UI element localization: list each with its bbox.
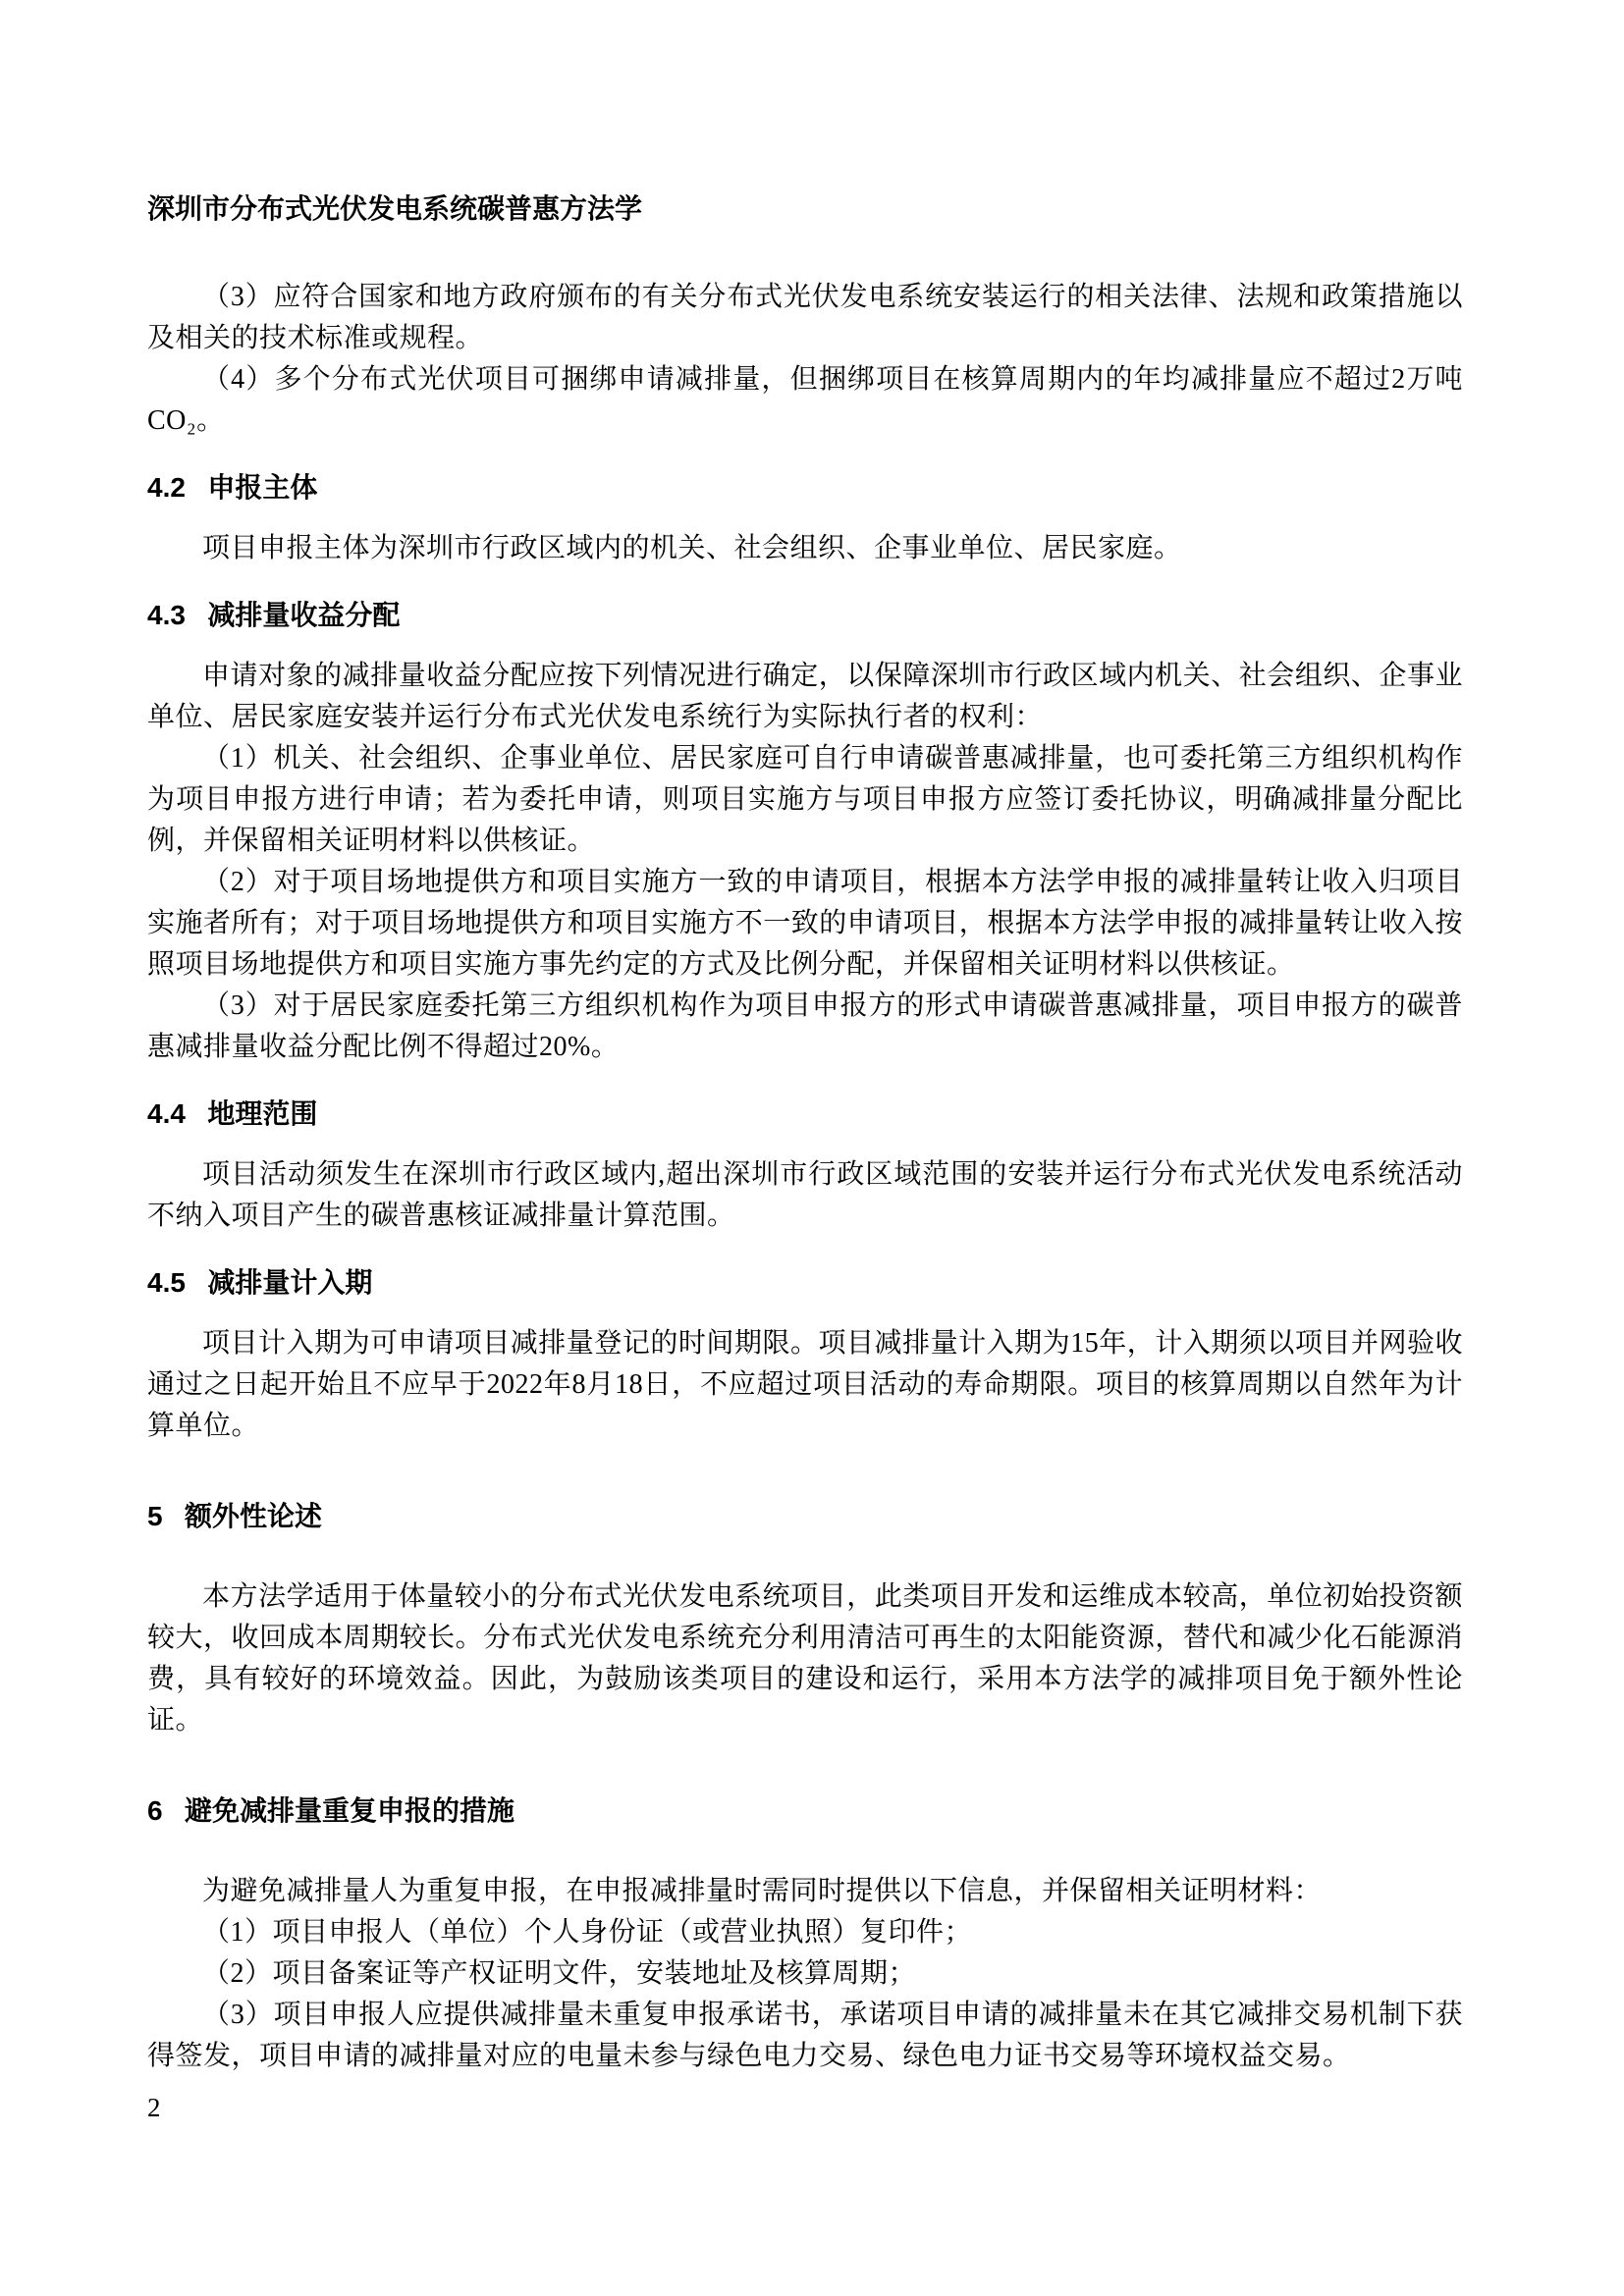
paragraph-crediting-period: 项目计入期为可申请项目减排量登记的时间期限。项目减排量计入期为15年，计入期须以… xyxy=(147,1323,1463,1447)
page-number: 2 xyxy=(147,2087,1463,2128)
paragraph-benefit-item-3: （3）对于居民家庭委托第三方组织机构作为项目申报方的形式申请碳普惠减排量，项目申… xyxy=(147,986,1463,1068)
paragraph-benefit-item-2: （2）对于项目场地提供方和项目实施方一致的申请项目，根据本方法学申报的减排量转让… xyxy=(147,862,1463,986)
paragraph-double-counting-item-1: （1）项目申报人（单位）个人身份证（或营业执照）复印件； xyxy=(147,1912,1463,1953)
paragraph-geographic-scope: 项目活动须发生在深圳市行政区域内,超出深圳市行政区域范围的安装并运行分布式光伏发… xyxy=(147,1154,1463,1237)
paragraph-additionality: 本方法学适用于体量较小的分布式光伏发电系统项目，此类项目开发和运维成本较高，单位… xyxy=(147,1576,1463,1741)
section-heading-6: 6避免减排量重复申报的措施 xyxy=(147,1790,1463,1832)
section-number: 4.2 xyxy=(147,467,186,508)
paragraph-benefit-intro: 申请对象的减排量收益分配应按下列情况进行确定，以保障深圳市行政区域内机关、社会组… xyxy=(147,656,1463,738)
section-heading-4-2: 4.2申报主体 xyxy=(147,467,1463,508)
paragraph-double-counting-item-3: （3）项目申报人应提供减排量未重复申报承诺书，承诺项目申请的减排量未在其它减排交… xyxy=(147,1995,1463,2077)
document-header-title: 深圳市分布式光伏发电系统碳普惠方法学 xyxy=(147,188,1463,230)
paragraph-applicability-3: （3）应符合国家和地方政府颁布的有关分布式光伏发电系统安装运行的相关法律、法规和… xyxy=(147,277,1463,359)
section-heading-4-4: 4.4地理范围 xyxy=(147,1094,1463,1135)
document-page: 深圳市分布式光伏发电系统碳普惠方法学 （3）应符合国家和地方政府颁布的有关分布式… xyxy=(0,0,1624,2296)
section-heading-4-5: 4.5减排量计入期 xyxy=(147,1262,1463,1304)
paragraph-double-counting-intro: 为避免减排量人为重复申报，在申报减排量时需同时提供以下信息，并保留相关证明材料： xyxy=(147,1871,1463,1912)
paragraph-benefit-item-1: （1）机关、社会组织、企事业单位、居民家庭可自行申请碳普惠减排量，也可委托第三方… xyxy=(147,738,1463,862)
section-heading-5: 5额外性论述 xyxy=(147,1496,1463,1537)
paragraph-applicability-4: （4）多个分布式光伏项目可捆绑申请减排量，但捆绑项目在核算周期内的年均减排量应不… xyxy=(147,359,1463,442)
paragraph-double-counting-item-2: （2）项目备案证等产权证明文件，安装地址及核算周期； xyxy=(147,1953,1463,1995)
section-number: 4.5 xyxy=(147,1262,186,1304)
paragraph-declaring-entity: 项目申报主体为深圳市行政区域内的机关、社会组织、企事业单位、居民家庭。 xyxy=(147,528,1463,569)
section-heading-4-3: 4.3减排量收益分配 xyxy=(147,595,1463,636)
section-number: 5 xyxy=(147,1496,163,1537)
section-title: 申报主体 xyxy=(207,472,317,503)
section-number: 4.4 xyxy=(147,1094,186,1135)
section-title: 减排量计入期 xyxy=(207,1267,372,1298)
section-title: 避免减排量重复申报的措施 xyxy=(185,1795,514,1826)
section-number: 6 xyxy=(147,1790,163,1832)
section-title: 地理范围 xyxy=(207,1098,317,1129)
section-title: 额外性论述 xyxy=(185,1501,322,1531)
section-title: 减排量收益分配 xyxy=(207,600,400,630)
section-number: 4.3 xyxy=(147,595,186,636)
